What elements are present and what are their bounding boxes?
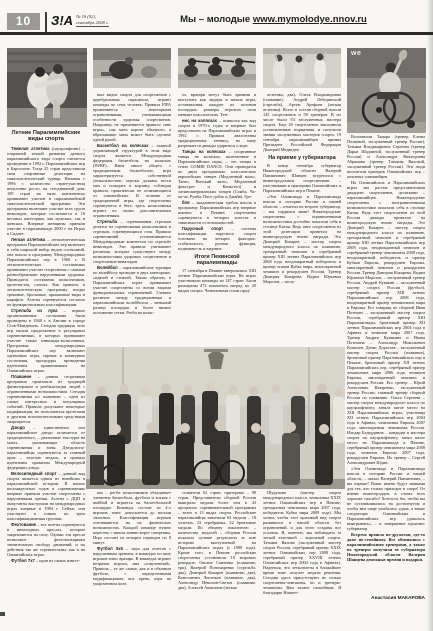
column-5: Возглавили Тамара (тренер Елены Поляевой… [347, 134, 425, 592]
issue-date: сентябрь 2008 г. [76, 20, 109, 26]
paragraph: Легкая атлетика – легкоатлетическая прог… [7, 237, 85, 307]
paragraph: Футбол 5х5 – игра для атлетов с нарушенн… [93, 546, 171, 586]
paragraph: ставители 62 стран, призерами – 98 стран… [178, 490, 256, 590]
column-4-lower-text: Шурупова (мастер спорта международного к… [263, 490, 341, 595]
paragraph: бля – академическая гребля вошла в прогр… [178, 200, 256, 225]
scan-artifact [0, 612, 5, 616]
column-5-text: Возглавили Тамара (тренер Елены Поляевой… [347, 134, 425, 562]
paragraph: ных видов спорта для спортсменов с цереб… [93, 92, 171, 142]
paragraph: Плавание – данная спортивная программа п… [7, 374, 85, 424]
paragraph: На Олимпийских и Паралимпийских играх мы… [347, 180, 425, 465]
photo-watermark: we [351, 50, 361, 57]
header-rule [0, 32, 433, 35]
author-signature: Анастасия МАКАРОВА [347, 596, 425, 601]
paragraph: ках – регби колясочников объединяет элем… [93, 490, 171, 545]
wheelchair-shooting-photo [178, 48, 256, 88]
issue-info: № 18 (92), сентябрь 2008 г. [76, 14, 109, 27]
column-4-lower: Шурупова (мастер спорта международного к… [263, 490, 341, 614]
column-1-text: Тяжелая атлетика (пауэрлифтинг) – отправ… [7, 146, 85, 563]
column-2-upper: ных видов спорта для спортсменов с цереб… [93, 92, 171, 344]
column-4-upper-text: атлетика, два), Олеся Владимировна (плав… [263, 92, 341, 284]
column-2-upper-text: ных видов спорта для спортсменов с цереб… [93, 92, 171, 315]
paragraph: Встреча прошла по-дружески, где-то даже … [347, 532, 425, 562]
paragraph: Фехтование – все атлеты соревнуются в ин… [7, 522, 85, 557]
celebrating-athletes-photo [263, 48, 341, 88]
wheelchair-tennis-photo: we [347, 48, 426, 133]
paragraph: 17 сентября в Пекине завершились XIII ле… [178, 268, 256, 293]
masthead-title: Мы – молодые [180, 14, 250, 25]
paragraph: Шурупова (мастер спорта международного к… [263, 490, 341, 595]
paragraph: Велосипедный спорт – данный вид спорта я… [7, 471, 85, 521]
header-divider [45, 12, 47, 32]
paragraph: «Эти Олимпиада и Паралимпиада вошли в ис… [347, 466, 425, 531]
reception-group-photo [86, 347, 345, 489]
paragraph: «Эти Олимпиада и Паралимпиада вошли в ис… [263, 194, 341, 284]
column-1: Летние Паралимпийские виды спорта Тяжела… [7, 130, 85, 614]
paragraph: атлетика, два), Олеся Владимировна (плав… [263, 92, 341, 152]
newspaper-page: 10 З!А № 18 (92), сентябрь 2008 г. Мы – … [0, 0, 433, 631]
paragraph: Дзюдо – единственное, чем паралимпийское… [7, 425, 85, 470]
gym-scene-photo [93, 48, 171, 88]
paragraph: нис на колясках – появился как вид спорт… [178, 118, 256, 148]
masthead: Мы – молодые www.mymolodye.nnov.ru [118, 14, 429, 25]
article-heading: Итоги Пекинской паралимпиады [178, 254, 256, 266]
paragraph: Тяжелая атлетика (пауэрлифтинг) – отправ… [7, 146, 85, 236]
column-2-lower: ках – регби колясочников объединяет элем… [93, 490, 171, 614]
paragraph: Волейбол – паралимпийские турниры по вол… [93, 265, 171, 315]
paragraph: Стрельба из лука – первые организованные… [7, 308, 85, 373]
judo-match-photo [7, 48, 87, 127]
column-3-upper: ол, вратари могут быть зрячими и выступа… [178, 92, 256, 344]
paragraph: Танцы на колясках – спортивные танцы на … [178, 149, 256, 199]
column-4-upper: атлетика, два), Олеся Владимировна (плав… [263, 92, 341, 344]
paragraph: В конце сентября губернатор Нижегородско… [263, 163, 341, 193]
column-2-lower-text: ках – регби колясочников объединяет элем… [93, 490, 171, 586]
paragraph: ол, вратари могут быть зрячими и выступа… [178, 92, 256, 117]
page-edge-shadow [427, 0, 433, 631]
paragraph: Стрельба – соревнования стрелков делятся… [93, 219, 171, 264]
article-heading: На приеме у губернатора [263, 155, 341, 161]
masthead-url: www.mymolodye.nnov.ru [253, 14, 367, 25]
page-number: 10 [7, 13, 40, 30]
paragraph: Парусный спорт – система классификации п… [178, 226, 256, 251]
paragraph: Возглавили Тамара (тренер Елены Поляевой… [347, 134, 425, 179]
column-3-lower-text: ставители 62 стран, призерами – 98 стран… [178, 490, 256, 590]
paragraph: Футбол 7х7 – один из самых извест- [7, 558, 85, 563]
paragraph: Баскетбол на колясках – главной управляю… [93, 143, 171, 218]
column-3-lower: ставители 62 стран, призерами – 98 стран… [178, 490, 256, 614]
article-title-paralympic-sports: Летние Паралимпийские виды спорта [7, 130, 85, 143]
newspaper-logo: З!А [51, 13, 73, 28]
column-3-upper-text: ол, вратари могут быть зрячими и выступа… [178, 92, 256, 293]
